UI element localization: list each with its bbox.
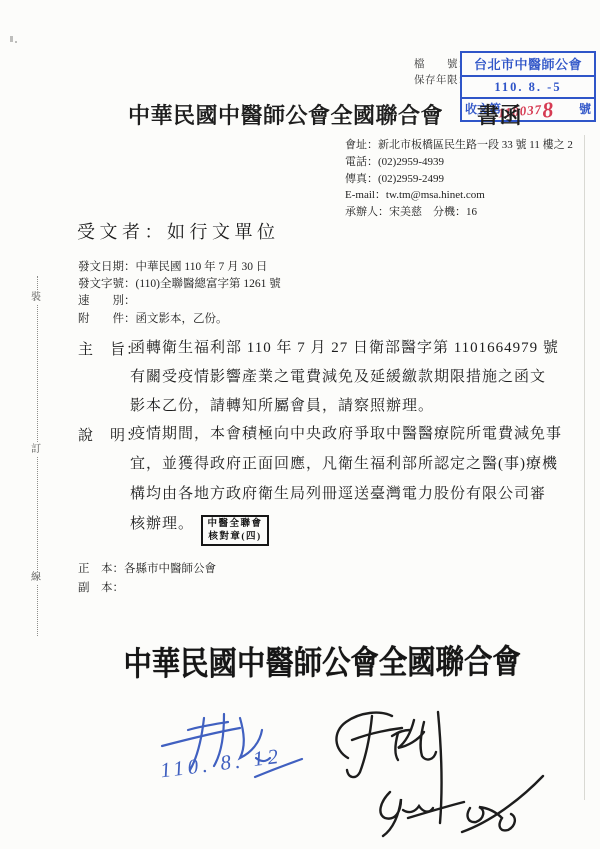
document-title: 中華民國中醫師公會全國聯合會書函 [128, 99, 522, 130]
binding-mark-zhuang: 裝 [31, 290, 41, 305]
speed-level: 速 別： [78, 293, 281, 310]
carbon-copy: 副 本： [78, 579, 216, 598]
contact-fax: 傳真：(02)2959-2499 [345, 171, 573, 188]
doc-type: 書函 [477, 103, 522, 128]
meta-block: 發文日期：中華民國 110 年 7 月 30 日 發文字號：(110)全聯醫總富… [78, 259, 281, 328]
contact-email: E-mail：tw.tm@msa.hinet.com [345, 187, 573, 204]
received-suffix: 號 [579, 99, 591, 122]
subject-text: 函轉衛生福利部 110 年 7 月 27 日衛部醫字第 1101664979 號… [130, 338, 585, 425]
recipient-value: 如行文單位 [167, 222, 280, 242]
issue-date: 發文日期：中華民國 110 年 7 月 30 日 [78, 259, 281, 276]
check-stamp: 中醫全聯會 核對章(四) [201, 515, 269, 546]
recipient-line: 受文者：如行文單位 [77, 218, 280, 244]
check-stamp-line1: 中醫全聯會 [203, 518, 267, 531]
recipient-label: 受文者： [77, 222, 167, 242]
description-line: 宜，並獲得政府正面回應，凡衛生福利部所認定之醫(事)療機 [130, 454, 585, 484]
check-stamp-line2: 核對章(四) [203, 531, 267, 544]
subject-line: 有關受疫情影響產業之電費減免及延緩繳款期限措施之函文 [130, 367, 585, 396]
doc-number: 發文字號：(110)全聯醫總富字第 1261 號 [78, 276, 281, 293]
binding-mark-xian: 線 [31, 570, 41, 585]
received-stamp-date: 110. 8. -5 [462, 77, 594, 99]
description-line: 核辦理。 [130, 514, 585, 544]
received-stamp-org: 台北市中醫師公會 [462, 53, 594, 77]
contact-address: 會址：新北市板橋區民生路一段 33 號 11 樓之 2 [345, 137, 573, 154]
description-line: 構均由各地方政府衛生局列冊逕送臺灣電力股份有限公司審 [130, 484, 585, 514]
description-text: 疫情期間，本會積極向中央政府爭取中醫醫療院所電費減免事 宜，並獲得政府正面回應，… [130, 424, 585, 544]
original-copy: 正 本：各縣市中醫師公會 [78, 560, 216, 579]
description-line: 疫情期間，本會積極向中央政府爭取中醫醫療院所電費減免事 [130, 424, 585, 454]
contact-phone: 電話：(02)2959-4939 [345, 154, 573, 171]
binding-mark-ding: 訂 [31, 442, 41, 457]
scan-speck [15, 41, 17, 43]
contact-block: 會址：新北市板橋區民生路一段 33 號 11 樓之 2 電話：(02)2959-… [345, 137, 573, 221]
scan-speck [10, 36, 13, 42]
subject-line: 影本乙份，請轉知所屬會員，請察照辦理。 [130, 396, 585, 425]
subject-line: 函轉衛生福利部 110 年 7 月 27 日衛部醫字第 1101664979 號 [130, 338, 585, 367]
contact-person: 承辦人：宋美慈 分機：16 [345, 204, 573, 221]
received-number-tail: 8 [541, 97, 555, 123]
copies-block: 正 本：各縣市中醫師公會 副 本： [78, 560, 216, 597]
org-name: 中華民國中醫師公會全國聯合會 [128, 103, 443, 128]
attachment: 附 件：函文影本，乙份。 [78, 311, 281, 328]
black-signatures [336, 712, 543, 836]
footer-org-stamp: 中華民國中醫師公會全國聯合會 [123, 636, 521, 685]
scanned-official-letter: 裝 訂 線 檔 號： 保存年限： 台北市中醫師公會 110. 8. -5 收文第… [0, 0, 600, 849]
